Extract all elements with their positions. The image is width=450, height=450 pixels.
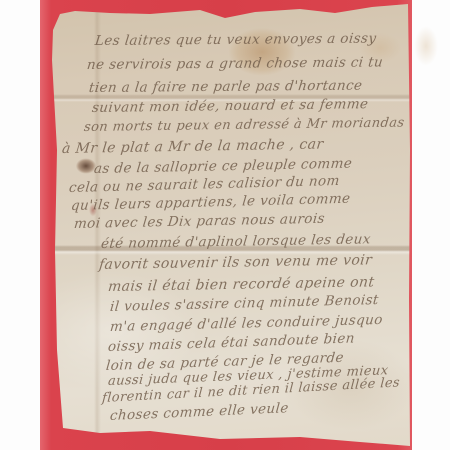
red-backdrop: Les laitres que tu veux envoyes a oissyn… [40,0,412,450]
handwriting-line: tien a la faire ne parle pas d'hortance [88,78,363,96]
handwriting-line: il voules s'assire cinq minute Benoist [109,292,379,315]
handwriting-line: moi avec les Dix paras nous aurois [73,211,326,232]
handwriting-line: son morts tu peux en adressé à Mr morian… [83,116,405,135]
letter-paper: Les laitres que tu veux envoyes a oissyn… [50,0,412,450]
handwriting-line: Les laitres que tu veux envoyes a oissy [94,31,377,49]
handwriting-line: ne servirois pas a grand chose mais ci t… [86,54,384,73]
handwriting-line: mais il étai bien recordé apeine ont [107,274,375,295]
handwriting-line: favorit souvenir ils son venu me voir [98,252,373,273]
margin-stain [414,26,438,66]
page: { "photo": { "frame_color": "#d7404a", "… [0,0,450,450]
handwriting-line: à Mr le plat a Mr de la mache , car [61,136,324,157]
handwriting-line: suivant mon idée, nouard et sa femme [91,96,369,116]
handwriting-line: été nommé d'aplinol lorsque les deux [100,231,371,252]
